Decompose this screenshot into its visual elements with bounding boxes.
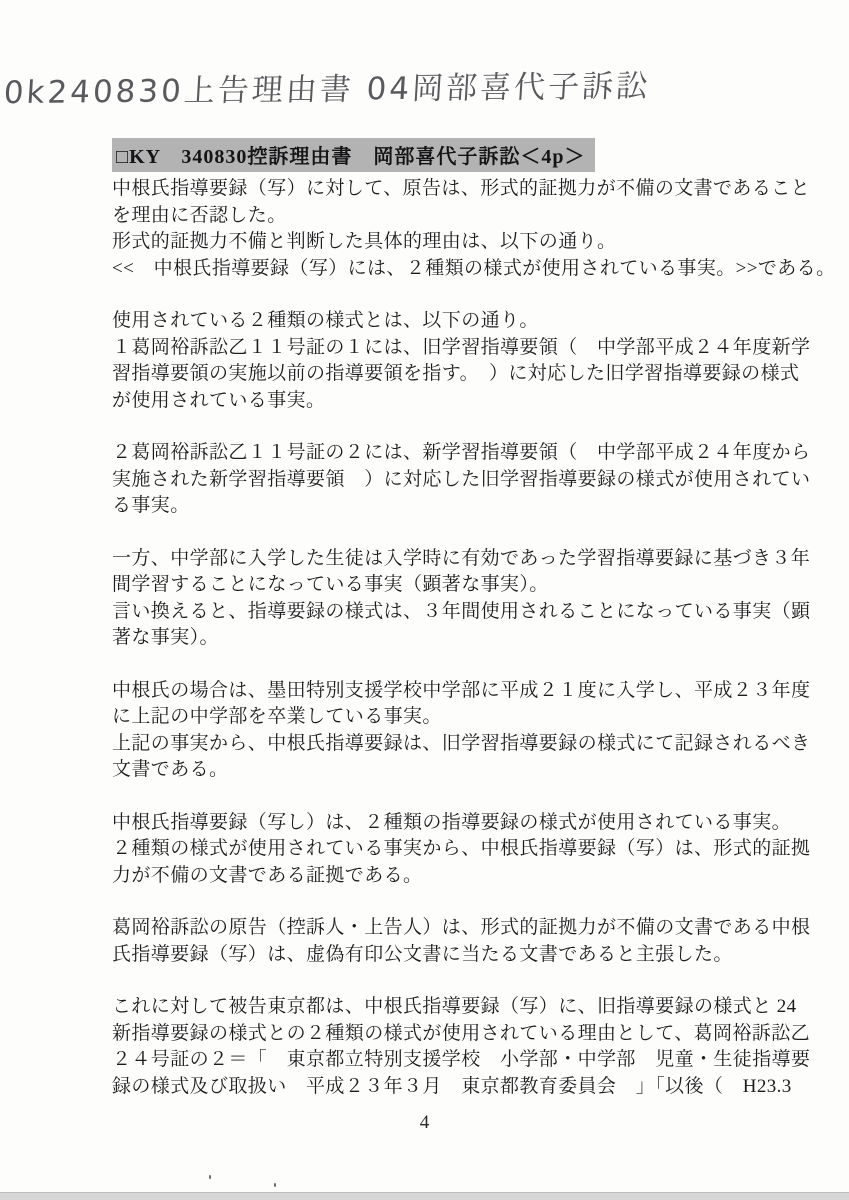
paragraph: ２葛岡裕訴訟乙１１号証の２には、新学習指導要領（ 中学部平成２４年度から実施され… — [112, 440, 818, 520]
text-line: 中根氏の場合は、墨田特別支援学校中学部に平成２１度に入学し、平成２３年度 — [112, 678, 818, 705]
scanned-document-page: 0k240830上告理由書 04岡部喜代子訴訟 □KY 340830控訴理由書 … — [0, 0, 849, 1200]
text-line: 氏指導要録（写）は、虚偽有印公文書に当たる文書であると主張した。 — [112, 942, 818, 969]
text-line: 上記の事実から、中根氏指導要録は、旧学習指導要録の様式にて記録されるべき — [112, 731, 818, 758]
paragraph: 中根氏指導要録（写し）は、２種類の指導要録の様式が使用されている事実。２種類の様… — [112, 810, 818, 890]
text-line: 言い換えると、指導要録の様式は、３年間使用されることになっている事実（顕 — [112, 599, 818, 626]
text-line: << 中根氏指導要録（写）には、２種類の様式が使用されている事実。>>である。 — [112, 256, 818, 283]
text-line: ２４号証の２＝「 東京都立特別支援学校 小学部・中学部 児童・生徒指導要 — [112, 1047, 818, 1074]
text-line: る事実。 — [112, 493, 818, 520]
text-line: に上記の中学部を卒業している事実。 — [112, 704, 818, 731]
paragraph: これに対して被告東京都は、中根氏指導要録（写）に、旧指導要録の様式と 24新指導… — [112, 994, 818, 1100]
text-line: 葛岡裕訴訟の原告（控訴人・上告人）は、形式的証拠力が不備の文書である中根 — [112, 915, 818, 942]
text-line: 間学習することになっている事実（顕著な事実）。 — [112, 572, 818, 599]
text-line: 新指導要録の様式との２種類の様式が使用されている理由として、葛岡裕訴訟乙 — [112, 1021, 818, 1048]
text-line: 録の様式及び取扱い 平成２３年３月 東京都教育委員会 」「以後（ H23.3 — [112, 1074, 818, 1101]
scan-speckle — [209, 1175, 211, 1179]
text-line: が使用されている事実。 — [112, 388, 818, 415]
text-line: 中根氏指導要録（写し）は、２種類の指導要録の様式が使用されている事実。 — [112, 810, 818, 837]
document-title-highlighted: □KY 340830控訴理由書 岡部喜代子訴訟＜4p＞ — [112, 138, 595, 172]
text-line: ２葛岡裕訴訟乙１１号証の２には、新学習指導要領（ 中学部平成２４年度から — [112, 440, 818, 467]
paragraph: 使用されている２種類の様式とは、以下の通り。１葛岡裕訴訟乙１１号証の１には、旧学… — [112, 308, 818, 414]
paragraph: 葛岡裕訴訟の原告（控訴人・上告人）は、形式的証拠力が不備の文書である中根氏指導要… — [112, 915, 818, 968]
document-body: □KY 340830控訴理由書 岡部喜代子訴訟＜4p＞ 中根氏指導要録（写）に対… — [112, 138, 818, 1126]
paragraph: 中根氏指導要録（写）に対して、原告は、形式的証拠力が不備の文書であることを理由に… — [112, 176, 818, 282]
scan-speckle — [274, 1183, 276, 1187]
text-line: 一方、中学部に入学した生徒は入学時に有効であった学習指導要録に基づき３年 — [112, 546, 818, 573]
text-line: これに対して被告東京都は、中根氏指導要録（写）に、旧指導要録の様式と 24 — [112, 994, 818, 1021]
text-line: 著な事実）。 — [112, 625, 818, 652]
text-line: 中根氏指導要録（写）に対して、原告は、形式的証拠力が不備の文書であること — [112, 176, 818, 203]
paragraph-container: 中根氏指導要録（写）に対して、原告は、形式的証拠力が不備の文書であることを理由に… — [112, 176, 818, 1100]
text-line: １葛岡裕訴訟乙１１号証の１には、旧学習指導要領（ 中学部平成２４年度新学 — [112, 335, 818, 362]
text-line: 実施された新学習指導要領 ）に対応した旧学習指導要録の様式が使用されてい — [112, 467, 818, 494]
text-line: を理由に否認した。 — [112, 203, 818, 230]
text-line: 習指導要領の実施以前の指導要領を指す。 ）に対応した旧学習指導要録の様式 — [112, 361, 818, 388]
text-line: ２種類の様式が使用されている事実から、中根氏指導要録（写）は、形式的証拠 — [112, 836, 818, 863]
paragraph: 一方、中学部に入学した生徒は入学時に有効であった学習指導要録に基づき３年間学習す… — [112, 546, 818, 652]
text-line: 形式的証拠力不備と判断した具体的理由は、以下の通り。 — [112, 229, 818, 256]
paragraph: 中根氏の場合は、墨田特別支援学校中学部に平成２１度に入学し、平成２３年度に上記の… — [112, 678, 818, 784]
page-number: 4 — [0, 1112, 849, 1134]
text-line: 文書である。 — [112, 757, 818, 784]
scan-edge-artifact — [0, 1192, 849, 1200]
text-line: 使用されている２種類の様式とは、以下の通り。 — [112, 308, 818, 335]
handwritten-annotation: 0k240830上告理由書 04岡部喜代子訴訟 — [3, 61, 606, 112]
text-line: 力が不備の文書である証拠である。 — [112, 863, 818, 890]
